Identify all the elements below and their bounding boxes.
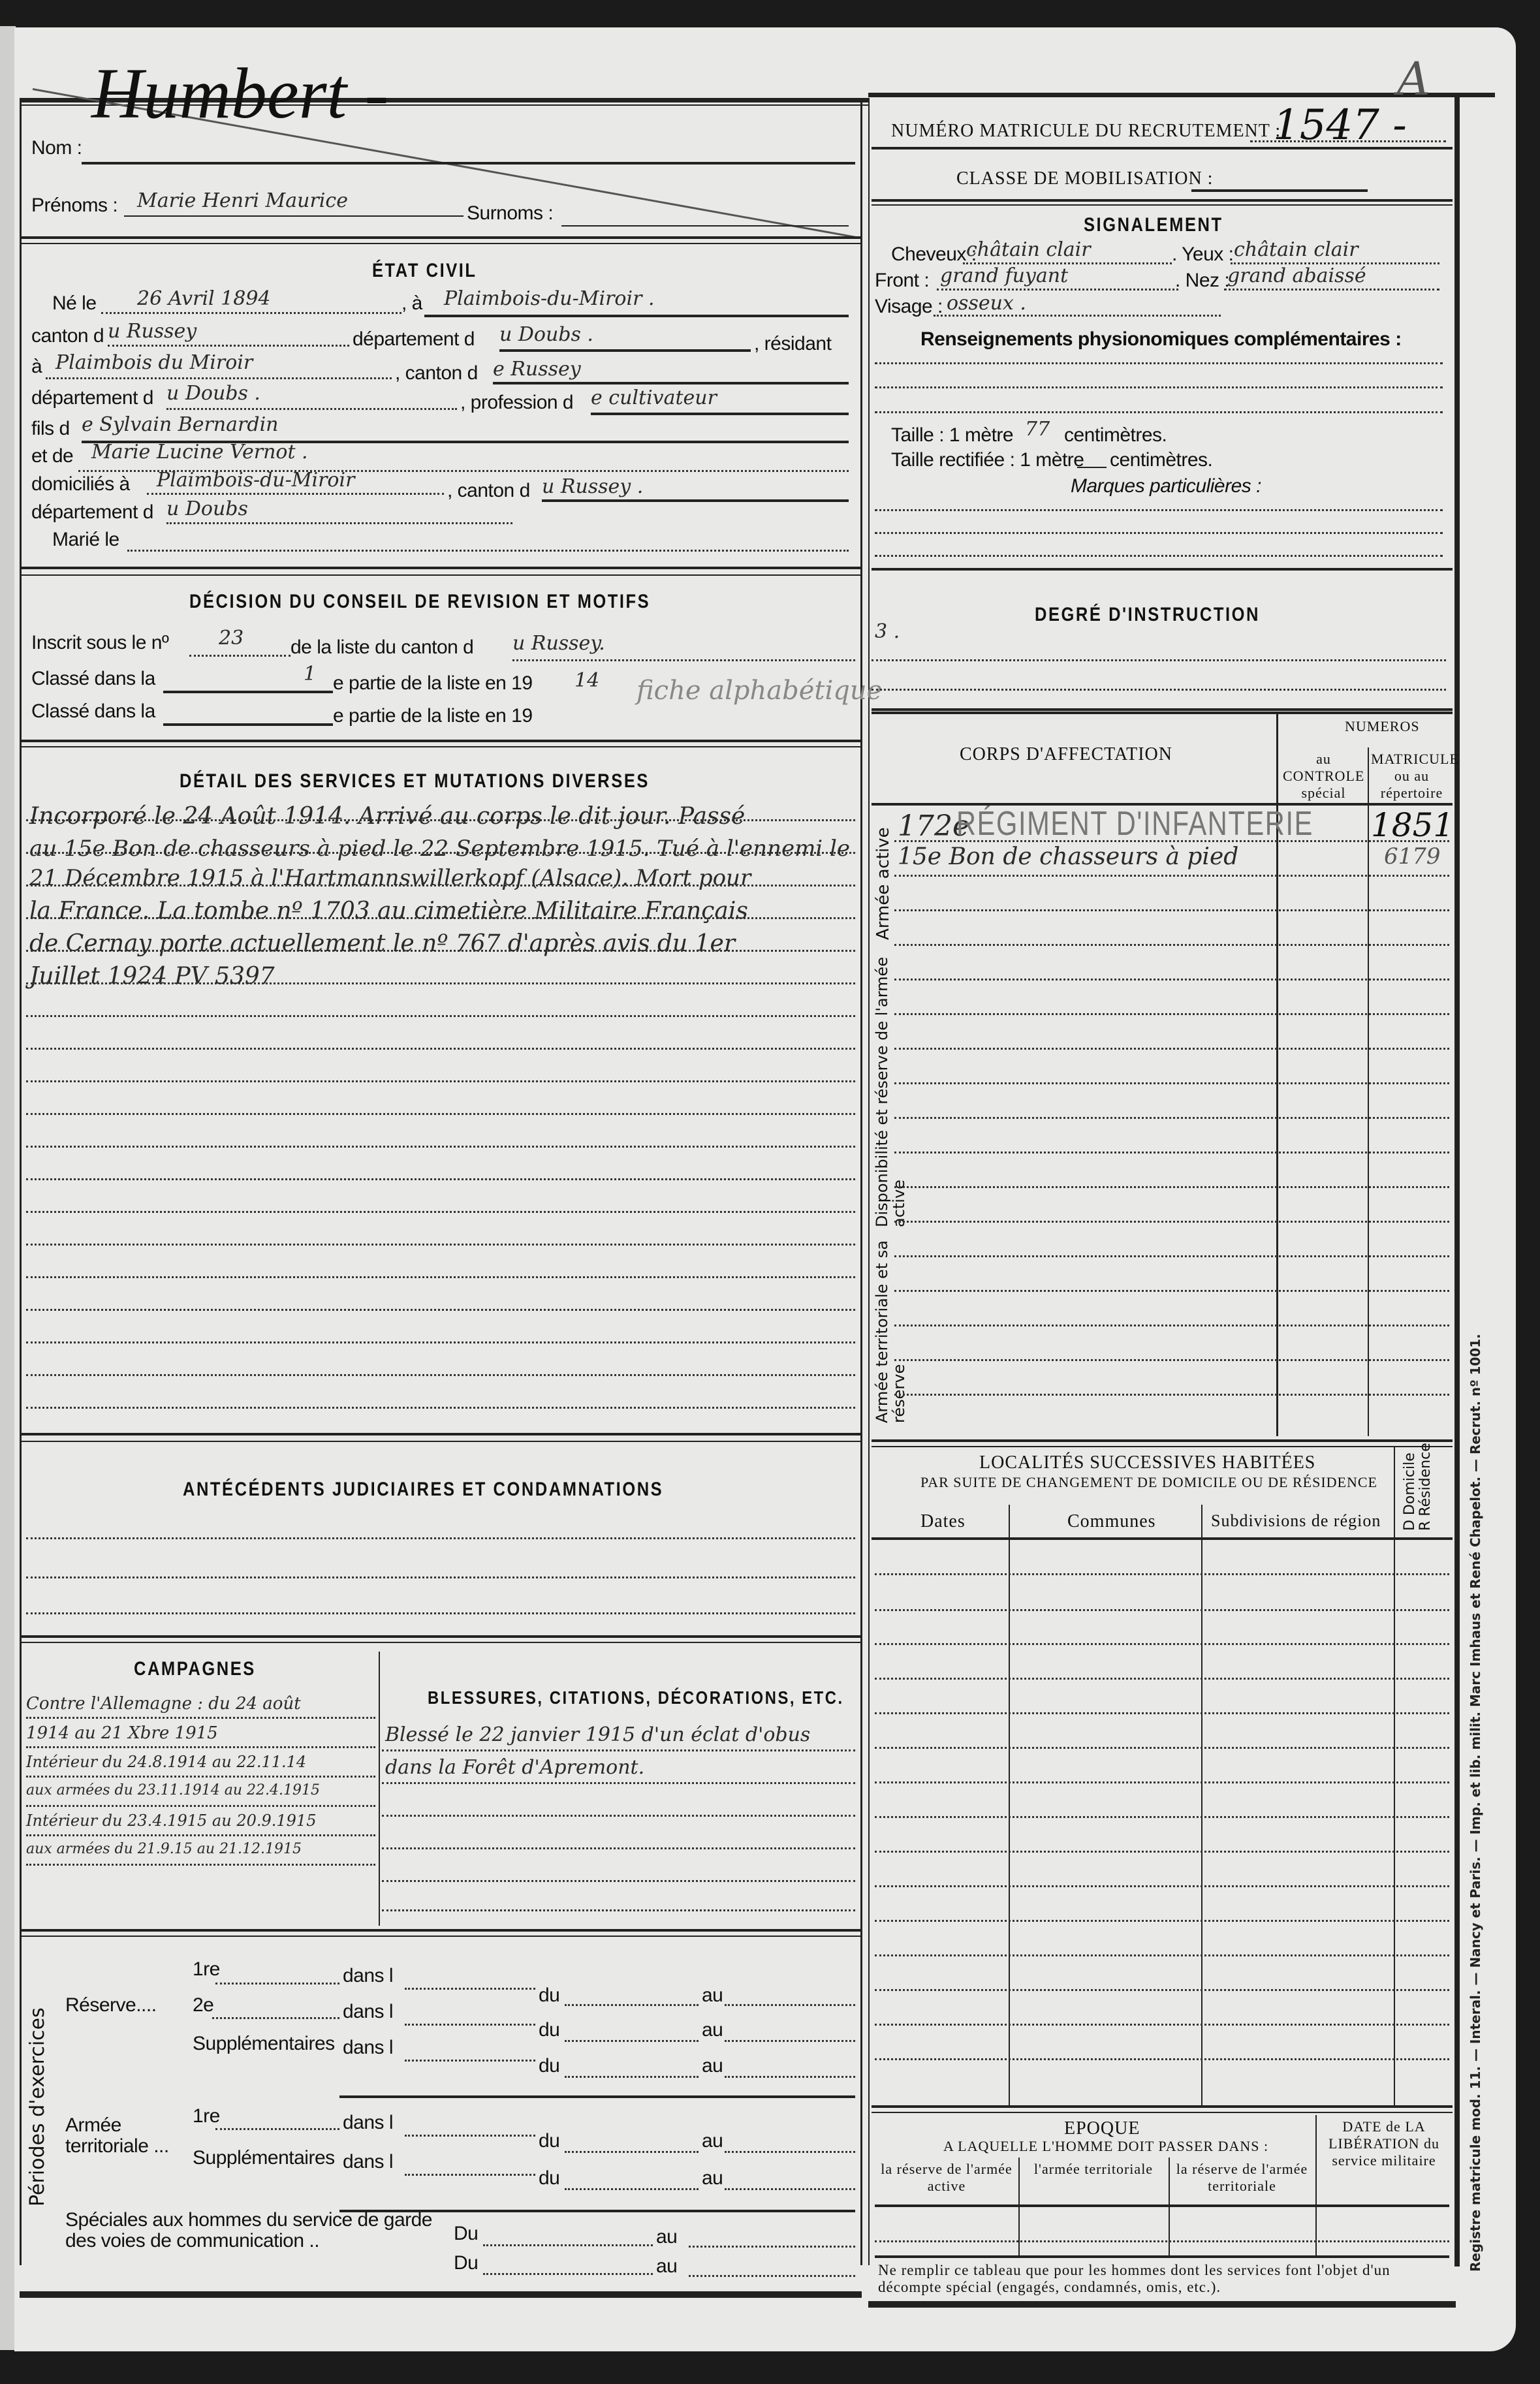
corps-section-end — [872, 1439, 1453, 1442]
territoriale-1re: 1re — [193, 2105, 220, 2127]
ruled-line — [26, 1178, 855, 1180]
ruled-line — [894, 1325, 1449, 1326]
renseignements-label: Renseignements physionomiques complément… — [920, 328, 1402, 351]
ruled-line — [26, 950, 855, 952]
classe2-line — [163, 723, 333, 726]
visage-value: osseux . — [947, 292, 1026, 315]
ruled-line — [875, 1643, 1449, 1645]
armee-territoriale-label: Armée territoriale ... — [65, 2115, 176, 2157]
front-label: Front : — [875, 270, 929, 292]
departement-label: département d — [353, 328, 475, 351]
ruled-line — [894, 1152, 1449, 1153]
dans-label: dans l — [343, 1965, 393, 1987]
corps-entry-name: 15e Bon de chasseurs à pied — [898, 843, 1238, 870]
ruled-line — [26, 1374, 855, 1376]
ruled-line — [894, 1255, 1449, 1257]
ruled-line — [875, 1573, 1449, 1575]
classe1-label: Classé dans la — [31, 668, 155, 690]
services-title: DÉTAIL DES SERVICES ET MUTATIONS DIVERSE… — [180, 770, 650, 792]
liste-canton-label: de la liste du canton d — [291, 636, 473, 659]
corps-entry-matricule: 6179 — [1384, 843, 1441, 870]
ruled-line — [894, 1359, 1449, 1361]
yeux-value: châtain clair — [1234, 238, 1359, 261]
prenoms-line — [124, 215, 464, 217]
center-divider — [860, 98, 862, 2265]
ne-le-value: 26 Avril 1894 — [137, 287, 271, 310]
taille-unit: centimètres. — [1064, 424, 1167, 447]
nez-label: . Nez : — [1175, 270, 1229, 292]
localites-section-end-2 — [872, 2112, 1453, 2113]
au-label: au — [702, 2019, 723, 2041]
dans-label: dans l — [343, 2037, 393, 2059]
instruction-title: DEGRÉ D'INSTRUCTION — [1035, 604, 1260, 626]
ruled-line — [894, 1221, 1449, 1223]
controle-header: au CONTROLE spécial — [1283, 751, 1364, 802]
domicilies-canton-label: , canton d — [447, 480, 530, 502]
a-label: , à — [401, 292, 422, 315]
services-section-end — [20, 1433, 862, 1435]
fils-value: e Sylvain Bernardin — [82, 413, 278, 436]
ruled-line — [26, 1244, 855, 1246]
surnoms-label: Surnoms : — [467, 202, 553, 225]
ruled-line — [875, 1920, 1449, 1922]
services-line: la France. La tombe nº 1703 au cimetière… — [29, 898, 748, 924]
inscrit-line — [189, 655, 291, 657]
field-line — [725, 2151, 855, 2153]
ruled-line — [894, 1117, 1449, 1119]
etat-civil-section-end — [20, 567, 862, 569]
corps-entry-stamp: RÉGIMENT D'INFANTERIE — [956, 804, 1313, 843]
page-bottom-border-right — [868, 2301, 1456, 2308]
taille-rectifiee-unit: centimètres. — [1110, 449, 1212, 471]
reserve-2e: 2e — [193, 1994, 213, 2016]
ruled-line — [875, 1989, 1449, 1991]
du-label: du — [539, 2019, 559, 2041]
canton-value: u Russey — [108, 320, 196, 343]
field-line — [565, 2188, 699, 2190]
marie-line — [127, 550, 849, 552]
territoriale-supplementaires: Supplémentaires — [193, 2148, 304, 2169]
ruled-line — [875, 2058, 1449, 2060]
au-label: au — [702, 2130, 723, 2152]
col-subdivisions: Subdivisions de région — [1211, 1511, 1381, 1531]
ruled-line — [894, 840, 1449, 842]
classe-line — [1191, 189, 1368, 192]
inscrit-value: 23 — [219, 627, 244, 650]
field-line — [689, 2275, 855, 2277]
field-line — [725, 2188, 855, 2190]
domicilies-dept-line — [166, 522, 512, 524]
renseignements-line-2 — [875, 386, 1443, 388]
du-label: du — [539, 2130, 559, 2152]
ruled-line — [382, 1909, 855, 1911]
ruled-line — [26, 1080, 855, 1082]
nom-line — [82, 162, 855, 165]
ruled-line — [894, 944, 1449, 946]
ruled-line — [26, 852, 855, 854]
antecedents-section-end-2 — [20, 1642, 862, 1643]
services-section-end-2 — [20, 1441, 862, 1442]
au-label: au — [656, 2226, 677, 2248]
field-line — [565, 2151, 699, 2153]
localites-title: LOCALITÉS SUCCESSIVES HABITÉES — [979, 1452, 1315, 1473]
ruled-line — [26, 1776, 375, 1778]
field-line — [405, 2024, 535, 2026]
domicilies-dept-label: département d — [31, 501, 153, 524]
residant-a-label: à — [31, 356, 42, 378]
epoque-note: Ne remplir ce tableau que pour les homme… — [878, 2262, 1446, 2296]
reserve-label: Réserve.... — [65, 1994, 157, 2016]
ruled-line — [26, 1113, 855, 1115]
corps-entry-matricule: 1851 — [1371, 806, 1454, 844]
prenoms-label: Prénoms : — [31, 195, 118, 217]
signalement-section-end — [872, 568, 1453, 571]
ruled-line — [26, 885, 855, 886]
field-line — [483, 2244, 653, 2246]
ruled-line — [26, 1146, 855, 1148]
taille-rectifiee-line — [1077, 467, 1107, 468]
epoque-title: EPOQUE — [1064, 2118, 1140, 2139]
corps-col-divider-2 — [1368, 747, 1369, 1436]
decision-section-end-2 — [20, 746, 862, 747]
ruled-line — [26, 1612, 855, 1614]
prenoms-value: Marie Henri Maurice — [137, 189, 348, 212]
periodes-title: Périodes d'exercices — [26, 2007, 49, 2206]
et-de-value: Marie Lucine Vernot . — [91, 441, 308, 463]
campagnes-line: Contre l'Allemagne : du 24 août — [26, 1694, 301, 1714]
localites-col-divider-1 — [1009, 1505, 1010, 2105]
field-line — [565, 2040, 699, 2042]
residant-dept-value: u Doubs . — [166, 382, 260, 405]
ruled-line — [875, 1747, 1449, 1749]
dans-label: dans l — [343, 2112, 393, 2134]
epoque-col-armee-territoriale: l'armée territoriale — [1025, 2161, 1162, 2178]
renseignements-line-3 — [875, 411, 1443, 413]
corps-title: CORPS D'AFFECTATION — [960, 744, 1172, 765]
residant-a-line — [46, 377, 392, 379]
nez-line — [1224, 289, 1439, 290]
col-communes: Communes — [1067, 1511, 1156, 1532]
ruled-line — [26, 1746, 375, 1748]
ruled-line — [26, 1834, 375, 1836]
ruled-line — [894, 875, 1449, 877]
ruled-line — [26, 1864, 375, 1866]
ruled-line — [875, 1954, 1449, 1956]
ruled-line — [875, 1816, 1449, 1818]
domicilies-label: domiciliés à — [31, 473, 130, 495]
ruled-line — [26, 1717, 375, 1719]
field-line — [565, 2076, 699, 2078]
ruled-line — [875, 1885, 1449, 1887]
campagnes-line: Intérieur du 24.8.1914 au 22.11.14 — [26, 1753, 306, 1771]
du-label: du — [539, 1984, 559, 2007]
antecedents-title: ANTÉCÉDENTS JUDICIAIRES ET CONDAMNATIONS — [183, 1479, 663, 1501]
du-label: Du — [454, 2252, 478, 2274]
profession-value: e cultivateur — [591, 386, 717, 409]
matricule-label: NUMÉRO MATRICULE DU RECRUTEMENT : — [891, 121, 1281, 142]
residant-dept-label: département d — [31, 387, 153, 409]
center-divider-2 — [868, 98, 870, 2265]
ruled-line — [875, 2240, 1449, 2242]
epoque-col-reserve-territoriale: la réserve de l'armée territoriale — [1172, 2161, 1312, 2195]
corps-section-end-2 — [872, 1446, 1453, 1447]
inscrit-label: Inscrit sous le nº — [31, 632, 168, 654]
nom-section-end — [20, 236, 862, 239]
nom-value: Humbert - — [91, 52, 388, 135]
taille-rectifiee-label: Taille rectifiée : 1 mètre — [891, 449, 1084, 471]
epoque-header-end — [875, 2204, 1449, 2207]
field-line — [689, 2246, 855, 2248]
services-line: de Cernay porte actuellement le nº 767 d… — [29, 930, 735, 957]
field-line — [405, 1988, 535, 1990]
campagnes-title: CAMPAGNES — [134, 1658, 256, 1680]
ruled-line — [875, 1851, 1449, 1853]
profession-label: , profession d — [460, 392, 573, 414]
canton-line — [108, 345, 349, 347]
campagnes-divider — [379, 1652, 380, 1926]
numeros-title: NUMEROS — [1345, 718, 1420, 735]
matricule-header: MATRICULE ou au répertoire — [1371, 751, 1453, 802]
ruled-line — [894, 909, 1449, 911]
field-line — [339, 2095, 855, 2098]
a-value: Plaimbois-du-Miroir . — [444, 287, 655, 310]
field-line — [405, 2135, 535, 2137]
instruction-section-end — [872, 708, 1453, 711]
blessures-title: BLESSURES, CITATIONS, DÉCORATIONS, ETC. — [428, 1687, 844, 1708]
marques-line-2 — [875, 532, 1443, 534]
du-label: Du — [454, 2223, 478, 2245]
col-domicile-residence: D Domicile R Résidence — [1402, 1439, 1434, 1531]
classe1-year: 14 — [574, 669, 599, 692]
matricule-section-end — [872, 147, 1453, 149]
antecedents-section-end — [20, 1635, 862, 1638]
corps-top — [872, 712, 1453, 714]
front-value: grand fuyant — [940, 264, 1068, 287]
field-line — [405, 2174, 535, 2176]
localites-subtitle: PAR SUITE DE CHANGEMENT DE DOMICILE OU D… — [920, 1474, 1377, 1491]
classe1-line — [163, 691, 333, 693]
field-line — [215, 1983, 339, 1984]
au-label: au — [656, 2255, 677, 2278]
domicilies-line — [147, 493, 444, 495]
classe2-suffix: e partie de la liste en 19 — [333, 705, 533, 727]
field-line — [212, 2017, 339, 2019]
signalement-title: SIGNALEMENT — [1084, 214, 1223, 236]
ne-le-label: Né le — [52, 292, 97, 315]
field-line — [725, 2040, 855, 2042]
ruled-line — [26, 819, 855, 821]
domicilies-canton-line — [542, 499, 849, 502]
ruled-line — [26, 1309, 855, 1311]
field-line — [215, 2128, 339, 2130]
au-label: au — [702, 2167, 723, 2189]
section-armee-active: Armée active — [873, 827, 893, 940]
page-bottom-border — [20, 2291, 862, 2298]
au-label: au — [702, 2055, 723, 2077]
ruled-line — [875, 1712, 1449, 1714]
ruled-line — [894, 1290, 1449, 1292]
nez-value: grand abaissé — [1227, 264, 1366, 287]
ruled-line — [26, 1407, 855, 1409]
residant-canton-label: , canton d — [395, 362, 478, 384]
field-line — [725, 2004, 855, 2006]
ruled-line — [382, 1847, 855, 1849]
campagnes-line: 1914 au 21 Xbre 1915 — [26, 1723, 218, 1743]
campagnes-line: aux armées du 21.9.15 au 21.12.1915 — [26, 1841, 302, 1857]
canton-label: canton d — [31, 325, 104, 347]
col-dates: Dates — [920, 1511, 966, 1532]
localites-header-end — [872, 1537, 1453, 1540]
classe1-suffix: e partie de la liste en 19 — [333, 672, 533, 695]
domicilies-canton-value: u Russey . — [542, 475, 643, 498]
departement-value: u Doubs . — [499, 323, 593, 346]
a-line — [424, 315, 849, 317]
campagnes-section-end — [20, 1929, 862, 1932]
etat-civil-section-end-2 — [20, 574, 862, 576]
residant-dept-line — [166, 408, 457, 410]
services-line: Incorporé le 24 Août 1914. Arrivé au cor… — [29, 803, 745, 830]
epoque-table-end — [875, 2255, 1449, 2258]
left-border — [20, 98, 22, 2265]
profession-line — [591, 413, 849, 415]
dans-label: dans l — [343, 2001, 393, 2023]
ruled-line — [894, 1048, 1449, 1050]
instruction-line-2 — [872, 689, 1446, 691]
reserve-1re: 1re — [193, 1958, 220, 1981]
instruction-value: 3 . — [875, 620, 900, 643]
residant-canton-line — [493, 382, 849, 384]
domicilies-value: Plaimbois-du-Miroir — [157, 469, 354, 492]
classe1-value: 1 — [304, 663, 316, 685]
reserve-supplementaires: Supplémentaires — [193, 2033, 304, 2054]
ruled-line — [382, 1815, 855, 1817]
services-line: Juillet 1924 PV 5397 — [29, 963, 275, 990]
front-line — [937, 289, 1178, 290]
ruled-line — [875, 2024, 1449, 2026]
campagnes-line: Intérieur du 23.4.1915 au 20.9.1915 — [26, 1812, 316, 1830]
instruction-line-1 — [872, 659, 1446, 661]
ruled-line — [26, 1048, 855, 1050]
decision-title: DÉCISION DU CONSEIL DE REVISION ET MOTIF… — [189, 591, 650, 613]
blessures-line: Blessé le 22 janvier 1915 d'un éclat d'o… — [385, 1723, 810, 1746]
marques-line-1 — [875, 509, 1443, 511]
domicilies-dept-value: u Doubs — [166, 497, 248, 520]
ruled-line — [894, 979, 1449, 980]
ruled-line — [26, 1276, 855, 1278]
speciales-label: Spéciales aux hommes du service de garde… — [65, 2210, 450, 2251]
du-label: du — [539, 2167, 559, 2189]
du-label: du — [539, 2055, 559, 2077]
visage-label: Visage : — [875, 296, 943, 318]
section-armee-territoriale: Armée territoriale et sa réserve — [873, 1214, 907, 1423]
ruled-line — [894, 1013, 1449, 1015]
epoque-subtitle: A LAQUELLE L'HOMME DOIT PASSER DANS : — [943, 2138, 1268, 2155]
matricule-line — [1250, 140, 1446, 142]
services-line: au 15e Bon de chasseurs à pied le 22 Sep… — [29, 836, 850, 862]
ruled-line — [382, 1749, 855, 1751]
ruled-line — [26, 1015, 855, 1017]
cheveux-value: châtain clair — [966, 238, 1091, 261]
field-line — [725, 2076, 855, 2078]
ruled-line — [382, 1880, 855, 1882]
ruled-line — [26, 1341, 855, 1343]
classe-section-end — [872, 199, 1453, 202]
campagnes-line: aux armées du 23.11.1914 au 22.4.1915 — [26, 1782, 320, 1798]
ruled-line — [26, 917, 855, 919]
nom-label: Nom : — [31, 137, 82, 159]
ruled-line — [26, 982, 855, 984]
epoque-col-divider-3 — [1315, 2115, 1317, 2255]
blessures-line: dans la Forêt d'Apremont. — [385, 1756, 644, 1779]
marie-label: Marié le — [52, 529, 119, 551]
residant-label: , résidant — [754, 333, 831, 355]
marques-label: Marques particulières : — [1071, 475, 1261, 497]
epoque-col-reserve-active: la réserve de l'armée active — [878, 2161, 1015, 2195]
ruled-line — [894, 1394, 1449, 1396]
nom-section-end-2 — [20, 243, 862, 244]
ruled-line — [875, 1781, 1449, 1783]
departement-line — [499, 349, 751, 352]
register-page — [14, 27, 1516, 2351]
residant-canton-value: e Russey — [493, 358, 581, 381]
classe2-label: Classé dans la — [31, 700, 155, 723]
field-line — [405, 2060, 535, 2062]
yeux-label: . Yeux : — [1172, 243, 1233, 266]
surnoms-line — [561, 225, 849, 227]
localites-section-end — [872, 2105, 1453, 2108]
ruled-line — [382, 1782, 855, 1784]
localites-col-divider-2 — [1201, 1505, 1202, 2105]
classe-label: CLASSE DE MOBILISATION : — [956, 168, 1213, 189]
ruled-line — [26, 1805, 375, 1807]
corner-pencil-mark: A — [1397, 52, 1430, 106]
decision-section-end — [20, 740, 862, 742]
taille-value: 77 — [1025, 418, 1050, 441]
right-border — [1454, 93, 1460, 2266]
visage-line — [934, 315, 1221, 317]
date-liberation-header: DATE de LA LIBÉRATION du service militai… — [1319, 2118, 1449, 2169]
ruled-line — [26, 1576, 855, 1578]
taille-label: Taille : 1 mètre — [891, 424, 1013, 447]
classe-section-end-2 — [872, 204, 1453, 206]
residant-a-value: Plaimbois du Miroir — [55, 351, 253, 374]
ruled-line — [26, 1211, 855, 1213]
ruled-line — [894, 1186, 1449, 1188]
liste-canton-value: u Russey. — [512, 632, 605, 655]
liste-canton-line — [512, 659, 855, 661]
et-de-label: et de — [31, 445, 73, 467]
dans-label: dans l — [343, 2151, 393, 2173]
printer-imprint: Registre matricule mod. 11. — Interal. —… — [1468, 1334, 1483, 2272]
fiche-alphabetique-annotation: fiche alphabétique — [636, 676, 882, 706]
renseignements-line-1 — [875, 362, 1443, 364]
localites-col-dr-divider — [1394, 1446, 1395, 2105]
au-label: au — [702, 1984, 723, 2007]
services-line: 21 Décembre 1915 à l'Hartmannswillerkopf… — [29, 865, 751, 891]
ruled-line — [875, 1678, 1449, 1680]
ruled-line — [26, 1537, 855, 1539]
ruled-line — [894, 1082, 1449, 1084]
marques-line-3 — [875, 555, 1443, 557]
campagnes-section-end-2 — [20, 1936, 862, 1937]
field-line — [565, 2004, 699, 2006]
ne-le-line — [101, 312, 401, 314]
ruled-line — [875, 1609, 1449, 1611]
field-line — [483, 2273, 653, 2275]
etat-civil-title: ÉTAT CIVIL — [372, 260, 477, 282]
fils-label: fils d — [31, 418, 70, 440]
